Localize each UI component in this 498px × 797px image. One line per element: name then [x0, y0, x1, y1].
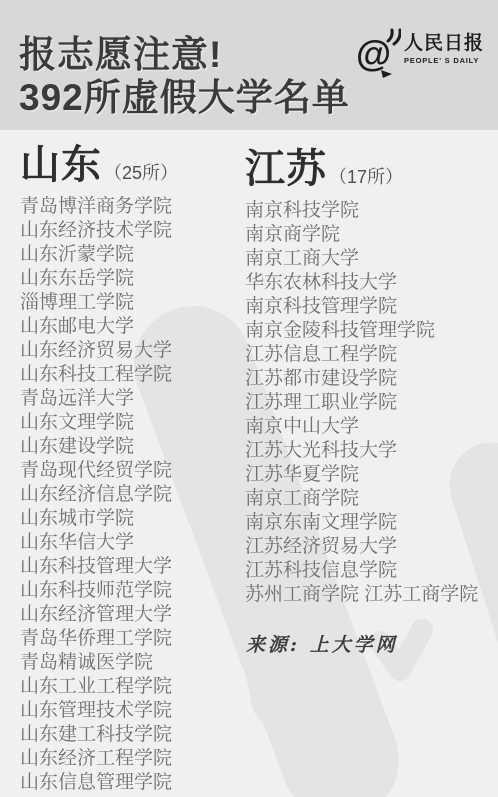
logo-name: 人民日报: [404, 34, 484, 54]
university-list-item: 青岛博洋商务学院: [20, 195, 238, 219]
university-list-item: 南京工商大学: [245, 247, 495, 271]
university-list-jiangsu: 南京科技学院南京商学院南京工商大学华东农林科技大学南京科技管理学院南京金陵科技管…: [245, 199, 495, 607]
university-list-item: 山东东岳学院: [20, 267, 238, 291]
university-list-item: 山东邮电大学: [20, 315, 238, 339]
university-list-item: 山东科技师范学院: [20, 579, 238, 603]
university-list-item: 山东建设学院: [20, 435, 238, 459]
province-header-jiangsu: 江苏 （17所）: [245, 148, 495, 190]
svg-text:@: @: [356, 33, 391, 74]
logo-subtitle: PEOPLE' S DAILY: [404, 56, 484, 65]
university-list-item: 南京科技学院: [245, 199, 495, 223]
university-list-item: 山东文理学院: [20, 411, 238, 435]
university-list-item: 江苏科技信息学院: [245, 559, 495, 583]
source-note: 来源: 上大学网: [246, 630, 398, 657]
university-list-item: 山东沂蒙学院: [20, 243, 238, 267]
university-list-item: 南京工商学院: [245, 487, 495, 511]
university-list-item: 山东管理技术学院: [20, 699, 238, 723]
university-list-item: 江苏大光科技大学: [245, 439, 495, 463]
university-list-item: 青岛精诚医学院: [20, 651, 238, 675]
university-list-item: 山东经济贸易大学: [20, 339, 238, 363]
header-band: 报志愿注意! 392所虚假大学名单 @ 人民日报 PEOPLE' S DAILY: [0, 0, 498, 130]
university-list-item: 山东建工科技学院: [20, 723, 238, 747]
university-list-item: 山东信息管理学院: [20, 771, 238, 795]
title-line-2: 392所虚假大学名单: [19, 76, 350, 119]
university-list-item: 山东城市学院: [20, 507, 238, 531]
university-list-item: 山东经济技术学院: [20, 219, 238, 243]
university-list-item: 山东工业工程学院: [20, 675, 238, 699]
infographic-poster: 报志愿注意! 392所虚假大学名单 @ 人民日报 PEOPLE' S DAILY…: [0, 0, 498, 797]
province-name: 江苏: [245, 148, 327, 190]
university-list-item: 苏州工商学院 江苏工商学院: [245, 583, 495, 607]
university-list-item: 山东华信大学: [20, 531, 238, 555]
at-sign-icon: @: [355, 28, 401, 78]
university-list-item: 青岛现代经贸学院: [20, 459, 238, 483]
province-header-shandong: 山东 （25所）: [20, 144, 238, 186]
university-list-item: 山东科技管理大学: [20, 555, 238, 579]
university-list-item: 山东经济管理大学: [20, 603, 238, 627]
university-list-item: 江苏理工职业学院: [245, 391, 495, 415]
university-list-item: 山东经济信息学院: [20, 483, 238, 507]
university-list-item: 淄博理工学院: [20, 291, 238, 315]
university-list-item: 江苏信息工程学院: [245, 343, 495, 367]
province-count: （25所）: [104, 164, 178, 186]
province-count: （17所）: [329, 168, 403, 190]
column-shandong: 山东 （25所） 青岛博洋商务学院山东经济技术学院山东沂蒙学院山东东岳学院淄博理…: [20, 144, 238, 795]
university-list-item: 南京中山大学: [245, 415, 495, 439]
university-list-item: 山东经济工程学院: [20, 747, 238, 771]
title-line-1: 报志愿注意!: [19, 33, 350, 76]
university-list-item: 南京东南文理学院: [245, 511, 495, 535]
university-list-item: 江苏经济贸易大学: [245, 535, 495, 559]
university-list-item: 江苏都市建设学院: [245, 367, 495, 391]
university-list-shandong: 青岛博洋商务学院山东经济技术学院山东沂蒙学院山东东岳学院淄博理工学院山东邮电大学…: [20, 195, 238, 795]
university-list-item: 青岛远洋大学: [20, 387, 238, 411]
page-title: 报志愿注意! 392所虚假大学名单: [19, 33, 350, 119]
province-name: 山东: [20, 144, 102, 186]
university-list-item: 山东科技工程学院: [20, 363, 238, 387]
column-jiangsu: 江苏 （17所） 南京科技学院南京商学院南京工商大学华东农林科技大学南京科技管理…: [245, 148, 495, 607]
logo-text: 人民日报 PEOPLE' S DAILY: [404, 34, 484, 65]
university-list-item: 华东农林科技大学: [245, 271, 495, 295]
university-list-item: 南京商学院: [245, 223, 495, 247]
peoples-daily-logo: @ 人民日报 PEOPLE' S DAILY: [355, 28, 484, 78]
university-list-item: 南京金陵科技管理学院: [245, 319, 495, 343]
university-list-item: 南京科技管理学院: [245, 295, 495, 319]
university-list-item: 江苏华夏学院: [245, 463, 495, 487]
university-list-item: 青岛华侨理工学院: [20, 627, 238, 651]
